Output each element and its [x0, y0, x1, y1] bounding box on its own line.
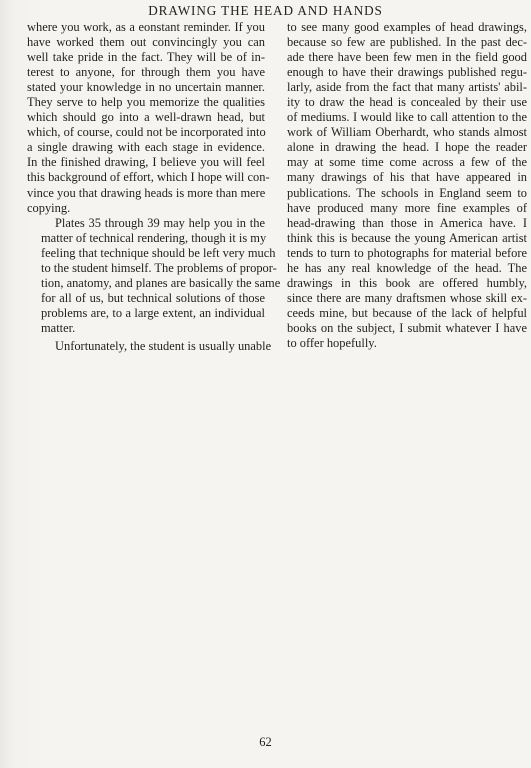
text-line: ity to draw the head is concealed by the…: [287, 95, 527, 110]
paragraph: where you work, as a eonstant reminder. …: [27, 20, 265, 216]
text-line: Plates 35 through 39 may help you in the: [27, 216, 265, 231]
text-line: alone in drawing the head. I hope the re…: [287, 140, 527, 155]
text-line: head-drawing than those in America have.…: [287, 216, 527, 231]
right-column: to see many good examples of head drawin…: [287, 20, 527, 351]
text-line: have worked them out convincingly you ca…: [27, 35, 265, 50]
text-line: vince you that drawing heads is more tha…: [27, 186, 265, 201]
text-line: matter of technical rendering, though it…: [27, 231, 265, 246]
text-line: many drawings of his that have appeared …: [287, 170, 527, 185]
text-line: They serve to help you memorize the qual…: [27, 95, 265, 110]
paragraph: Plates 35 through 39 may help you in the…: [27, 216, 265, 336]
text-line: which should go into a well-drawn head, …: [27, 110, 265, 125]
text-line: a single drawing with each stage in evid…: [27, 140, 265, 155]
text-line: work of William Oberhardt, who stands al…: [287, 125, 527, 140]
text-line: ceeds mine, but because of the lack of h…: [287, 306, 527, 321]
text-line: which, of course, could not be incorpora…: [27, 125, 265, 140]
text-line: because so few are published. In the pas…: [287, 35, 527, 50]
text-line: copying.: [27, 201, 265, 216]
text-line: he has any real knowledge of the head. T…: [287, 261, 527, 276]
text-line: to the student himself. The problems of …: [27, 261, 265, 276]
text-line: well take pride in the fact. They will b…: [27, 50, 265, 65]
text-line: tends to turn to photographs for materia…: [287, 246, 527, 261]
text-line: for all of us, but technical solutions o…: [27, 291, 265, 306]
text-line: think this is because the young American…: [287, 231, 527, 246]
text-line: drawings in this book are offered humbly…: [287, 276, 527, 291]
text-line: In the finished drawing, I believe you w…: [27, 155, 265, 170]
text-line: of mediums. I would like to call attenti…: [287, 110, 527, 125]
text-line: publications. The schools in England see…: [287, 186, 527, 201]
text-line: books on the subject, I submit whatever …: [287, 321, 527, 336]
text-line: tion, anatomy, and planes are basically …: [27, 276, 265, 291]
running-head: DRAWING THE HEAD AND HANDS: [0, 3, 531, 19]
text-line: terest to anyone, for through them you h…: [27, 65, 265, 80]
text-line: matter.: [27, 321, 265, 336]
text-line: to offer hopefully.: [287, 336, 527, 351]
text-line: larly, aside from the fact that many art…: [287, 80, 527, 95]
text-line: have produced many more fine examples of: [287, 201, 527, 216]
text-line: enough to have their drawings published …: [287, 65, 527, 80]
text-line: may at some time come across a few of th…: [287, 155, 527, 170]
page-number: 62: [0, 735, 531, 750]
text-line: ade there have been few men in the field…: [287, 50, 527, 65]
book-page: DRAWING THE HEAD AND HANDS where you wor…: [0, 0, 531, 768]
text-line: where you work, as a eonstant reminder. …: [27, 20, 265, 35]
text-line: problems are, to a large extent, an indi…: [27, 306, 265, 321]
text-line: to see many good examples of head drawin…: [287, 20, 527, 35]
left-column: where you work, as a eonstant reminder. …: [27, 20, 265, 354]
text-line: this background of effort, which I hope …: [27, 170, 265, 185]
text-line: feeling that technique should be left ve…: [27, 246, 265, 261]
text-line: since there are many draftsmen whose ski…: [287, 291, 527, 306]
text-line: Unfortunately, the student is usually un…: [27, 339, 265, 354]
paragraph: Unfortunately, the student is usually un…: [27, 339, 265, 354]
paragraph: to see many good examples of head drawin…: [287, 20, 527, 351]
text-line: stated your knowledge in no uncertain ma…: [27, 80, 265, 95]
